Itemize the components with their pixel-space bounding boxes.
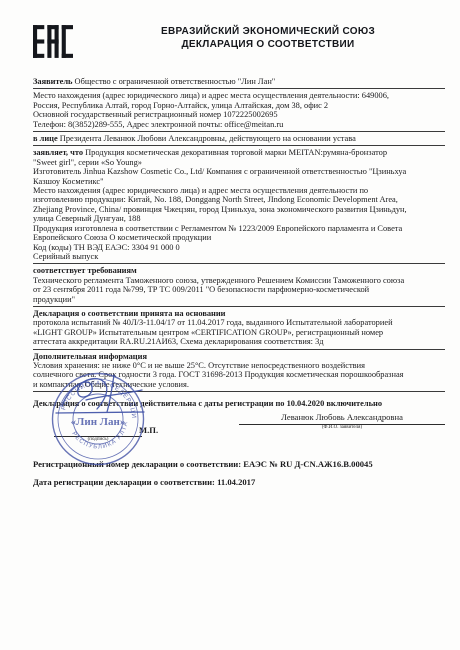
text-line: Технического регламента Таможенного союз… [33, 276, 445, 285]
declarant-name: Леванюк Любовь Александровна [239, 412, 445, 425]
document-section-4: соответствует требованиямТехнического ре… [33, 266, 445, 307]
seal-place-label: М.П. [139, 425, 158, 435]
document-section-5: Декларация о соответствии принята на осн… [33, 309, 445, 350]
document-section-2: в лице Президента Леванюк Любови Алексан… [33, 134, 445, 146]
document-section-1: Место нахождения (адрес юридического лиц… [33, 91, 445, 132]
registration-number: Регистрационный номер декларации о соотв… [33, 455, 445, 474]
text-line: протокола испытаний № 40Л/З-11.04/17 от … [33, 318, 445, 327]
text-line: Телефон: 8(3852)289-555, Адрес электронн… [33, 120, 445, 129]
signature-line [54, 429, 142, 437]
text-line: Продукция изготовлена в соответствии с Р… [33, 224, 445, 233]
text-line: Европейского Союза О косметической проду… [33, 233, 445, 242]
text-line: Казшоу Косметикс" [33, 177, 445, 186]
text-line: «LIGHT GROUP» Испытательным центром «CER… [33, 328, 445, 337]
text-line: Серийный выпуск [33, 252, 445, 261]
text-line: заявляет, что Продукция косметическая де… [33, 148, 445, 157]
text-line: Декларация о соответствии действительна … [33, 399, 445, 408]
signature-field: (подпись) [54, 429, 142, 443]
text-line: солнечного света. Срок годности 3 года. … [33, 370, 445, 379]
document-section-3: заявляет, что Продукция косметическая де… [33, 148, 445, 264]
document-header: ЕВРАЗИЙСКИЙ ЭКОНОМИЧЕСКИЙ СОЮЗ ДЕКЛАРАЦИ… [33, 22, 445, 58]
text-line: соответствует требованиям [33, 266, 445, 275]
text-line: Россия, Республика Алтай, город Горно-Ал… [33, 101, 445, 110]
text-line: Место нахождения (адрес юридического лиц… [33, 186, 445, 195]
declarant-name-caption: (Ф.И.О. заявителя) [239, 425, 445, 431]
declarant-name-field: Леванюк Любовь Александровна (Ф.И.О. зая… [239, 412, 445, 431]
text-line: в лице Президента Леванюк Любови Алексан… [33, 134, 445, 143]
text-line: Изготовитель Jinhua Kazshow Cosmetic Co.… [33, 167, 445, 176]
signature-caption: (подпись) [54, 437, 142, 443]
text-line: Условия хранения: не ниже 0°С и не выше … [33, 361, 445, 370]
text-line: Дополнительная информация [33, 352, 445, 361]
declaration-document: ЕВРАЗИЙСКИЙ ЭКОНОМИЧЕСКИЙ СОЮЗ ДЕКЛАРАЦИ… [0, 0, 460, 650]
title-union: ЕВРАЗИЙСКИЙ ЭКОНОМИЧЕСКИЙ СОЮЗ [91, 26, 445, 39]
text-line: Основной государственный регистрационный… [33, 110, 445, 119]
registration-block: Регистрационный номер декларации о соотв… [33, 455, 445, 492]
text-line: аттестата аккредитации RA.RU.21АИ63, Схе… [33, 337, 445, 346]
text-line: Декларация о соответствии принята на осн… [33, 309, 445, 318]
text-line: Zhejiang Province, China/ провинция Чжец… [33, 205, 445, 214]
text-line: Место нахождения (адрес юридического лиц… [33, 91, 445, 100]
title-declaration: ДЕКЛАРАЦИЯ О СООТВЕТСТВИИ [91, 39, 445, 52]
text-line: и компактная. Общие технические условия. [33, 380, 445, 389]
document-sections: Заявитель Общество с ограниченной ответс… [33, 77, 445, 409]
text-line: "Sweet girl", серии «So Young» [33, 158, 445, 167]
document-section-0: Заявитель Общество с ограниченной ответс… [33, 77, 445, 89]
document-section-7: Декларация о соответствии действительна … [33, 399, 445, 408]
text-line: улица Северный Дунгуан, 188 [33, 214, 445, 223]
signature-block: (подпись) М.П. Леванюк Любовь Александро… [33, 412, 445, 446]
text-line: от 23 сентября 2011 года №799, ТР ТС 009… [33, 285, 445, 294]
text-line: Заявитель Общество с ограниченной ответс… [33, 77, 445, 86]
document-content: ЕВРАЗИЙСКИЙ ЭКОНОМИЧЕСКИЙ СОЮЗ ДЕКЛАРАЦИ… [33, 22, 445, 492]
text-line: продукции" [33, 295, 445, 304]
document-title: ЕВРАЗИЙСКИЙ ЭКОНОМИЧЕСКИЙ СОЮЗ ДЕКЛАРАЦИ… [73, 26, 445, 51]
registration-date: Дата регистрации декларации о соответств… [33, 473, 445, 492]
eac-logo-icon [33, 25, 73, 58]
document-section-6: Дополнительная информацияУсловия хранени… [33, 352, 445, 393]
text-line: Код (коды) ТН ВЭД ЕАЭС: 3304 91 000 0 [33, 243, 445, 252]
text-line: изготовлению продукции: Китай, No. 188, … [33, 195, 445, 204]
